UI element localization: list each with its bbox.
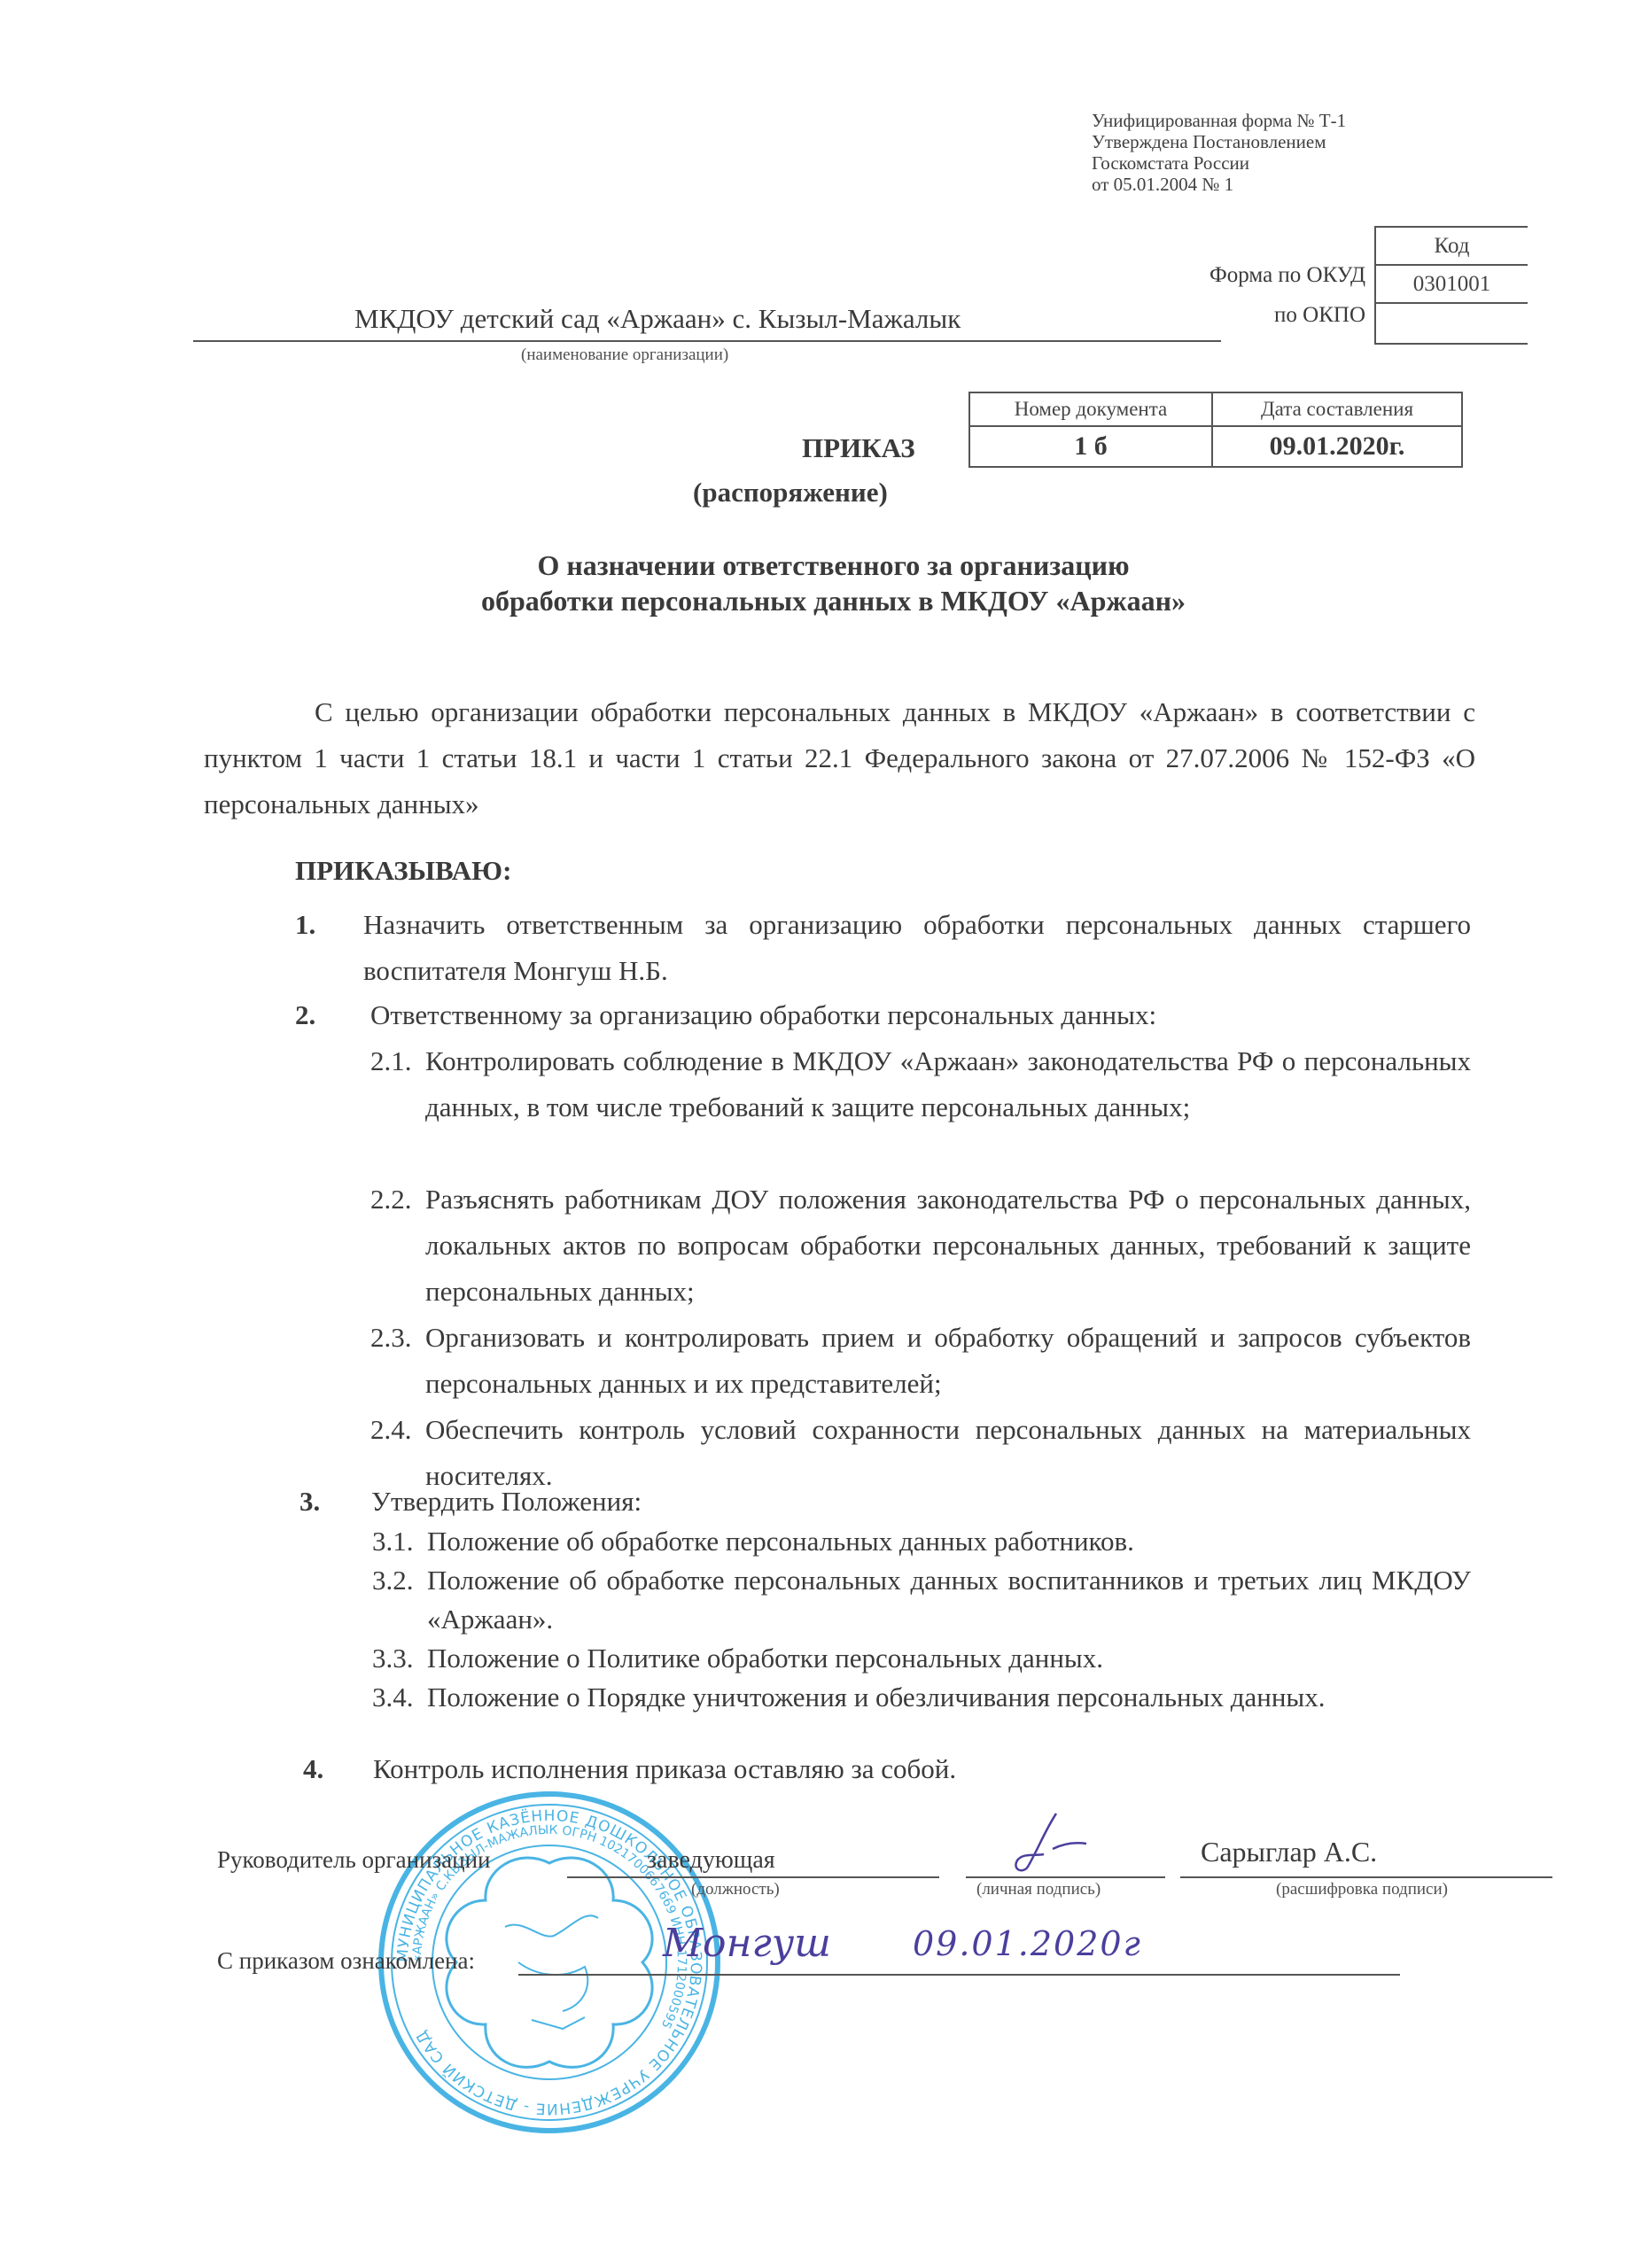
subitem-text: Разъяснять работникам ДОУ положения зако… xyxy=(370,1177,1471,1315)
position-caption: (должность) xyxy=(691,1880,780,1899)
position-value: заведующая xyxy=(647,1846,775,1875)
item-text: Назначить ответственным за организацию о… xyxy=(295,902,1471,994)
form-header-line: Утверждена Постановлением xyxy=(1092,131,1346,152)
name-caption: (расшифровка подписи) xyxy=(1276,1880,1448,1899)
signer-name: Сарыглар А.С. xyxy=(1201,1836,1377,1868)
order-item-3: 3. Утвердить Положения: xyxy=(299,1482,1471,1521)
form-header-line: Госкомстата России xyxy=(1092,152,1346,174)
handwritten-signature-icon xyxy=(1001,1812,1099,1874)
okud-value: 0301001 xyxy=(1376,264,1528,302)
order-subitem-2-3: 2.3. Организовать и контролировать прием… xyxy=(370,1315,1471,1407)
order-subject: О назначении ответственного за организац… xyxy=(0,548,1649,618)
organization-caption: (наименование организации) xyxy=(521,346,728,365)
organization-underline xyxy=(193,340,1221,342)
order-item-4: 4. Контроль исполнения приказа оставляю … xyxy=(303,1750,1471,1789)
okpo-value xyxy=(1376,302,1528,345)
decree-word: ПРИКАЗЫВАЮ: xyxy=(295,855,511,887)
order-item-1: 1. Назначить ответственным за организаци… xyxy=(295,902,1471,994)
doc-date-value: 09.01.2020г. xyxy=(1212,426,1462,467)
doc-number-label: Номер документа xyxy=(969,392,1212,426)
form-header-line: от 05.01.2004 № 1 xyxy=(1092,174,1346,195)
subitem-number: 2.1. xyxy=(370,1038,412,1084)
order-subitem-3-2: 3.2. Положение об обработке персональных… xyxy=(372,1561,1471,1639)
item-number: 1. xyxy=(295,902,315,948)
order-subitem-3-4: 3.4. Положение о Порядке уничтожения и о… xyxy=(372,1678,1471,1717)
subitem-number: 3.3. xyxy=(372,1639,414,1678)
subject-line: обработки персональных данных в МКДОУ «А… xyxy=(18,583,1649,618)
order-subtitle: (распоряжение) xyxy=(693,477,888,509)
organization-name: МКДОУ детский сад «Аржаан» с. Кызыл-Мажа… xyxy=(354,303,961,335)
subitem-text: Положение об обработке персональных данн… xyxy=(372,1522,1471,1561)
subitem-text: Организовать и контролировать прием и об… xyxy=(370,1315,1471,1407)
item-number: 2. xyxy=(295,992,315,1038)
order-item-2: 2. Ответственному за организацию обработ… xyxy=(295,992,1471,1038)
order-subitem-2-2: 2.2. Разъяснять работникам ДОУ положения… xyxy=(370,1177,1471,1315)
subitem-text: Положение о Политике обработки персональ… xyxy=(372,1639,1471,1678)
item-text: Контроль исполнения приказа оставляю за … xyxy=(303,1750,1471,1789)
subitem-number: 2.4. xyxy=(370,1407,412,1453)
code-header: Код xyxy=(1376,226,1528,264)
position-underline xyxy=(567,1876,939,1878)
item-text: Утвердить Положения: xyxy=(299,1482,1471,1521)
name-underline xyxy=(1180,1876,1552,1878)
order-title: ПРИКАЗ xyxy=(802,432,915,464)
signature-underline xyxy=(966,1876,1165,1878)
form-header: Унифицированная форма № Т-1 Утверждена П… xyxy=(1092,110,1346,195)
order-subitem-3-3: 3.3. Положение о Политике обработки перс… xyxy=(372,1639,1471,1678)
handwritten-date: 09.01.2020г xyxy=(913,1924,1142,1963)
preamble: С целью организации обработки персональн… xyxy=(204,689,1475,827)
item-number: 4. xyxy=(303,1750,323,1789)
acknowledgment-label: С приказом ознакомлена: xyxy=(217,1947,475,1975)
item-number: 3. xyxy=(299,1482,320,1521)
handwritten-name: Монгуш xyxy=(663,1921,831,1966)
subitem-number: 3.4. xyxy=(372,1678,414,1717)
order-subitem-3-1: 3.1. Положение об обработке персональных… xyxy=(372,1522,1471,1561)
subject-line: О назначении ответственного за организац… xyxy=(18,548,1649,583)
document-number-table: Номер документа Дата составления 1 б 09.… xyxy=(968,392,1463,468)
doc-date-label: Дата составления xyxy=(1212,392,1462,426)
order-subitem-2-1: 2.1. Контролировать соблюдение в МКДОУ «… xyxy=(370,1038,1471,1130)
code-table: Код 0301001 xyxy=(1374,226,1528,345)
acknowledgment-underline xyxy=(518,1974,1400,1976)
head-label: Руководитель организации xyxy=(217,1846,491,1874)
subitem-number: 2.3. xyxy=(370,1315,412,1361)
subitem-number: 2.2. xyxy=(370,1177,412,1223)
subitem-number: 3.2. xyxy=(372,1561,414,1600)
form-header-line: Унифицированная форма № Т-1 xyxy=(1092,110,1346,131)
doc-number-value: 1 б xyxy=(969,426,1212,467)
subitem-text: Положение о Порядке уничтожения и обезли… xyxy=(372,1678,1471,1717)
okud-label: Форма по ОКУД xyxy=(1210,263,1365,288)
subitem-text: Положение об обработке персональных данн… xyxy=(372,1561,1471,1639)
okpo-label: по ОКПО xyxy=(1274,303,1365,328)
subitem-number: 3.1. xyxy=(372,1522,414,1561)
subitem-text: Контролировать соблюдение в МКДОУ «Аржаа… xyxy=(370,1038,1471,1130)
item-text: Ответственному за организацию обработки … xyxy=(295,992,1471,1038)
signature-caption: (личная подпись) xyxy=(976,1880,1101,1899)
